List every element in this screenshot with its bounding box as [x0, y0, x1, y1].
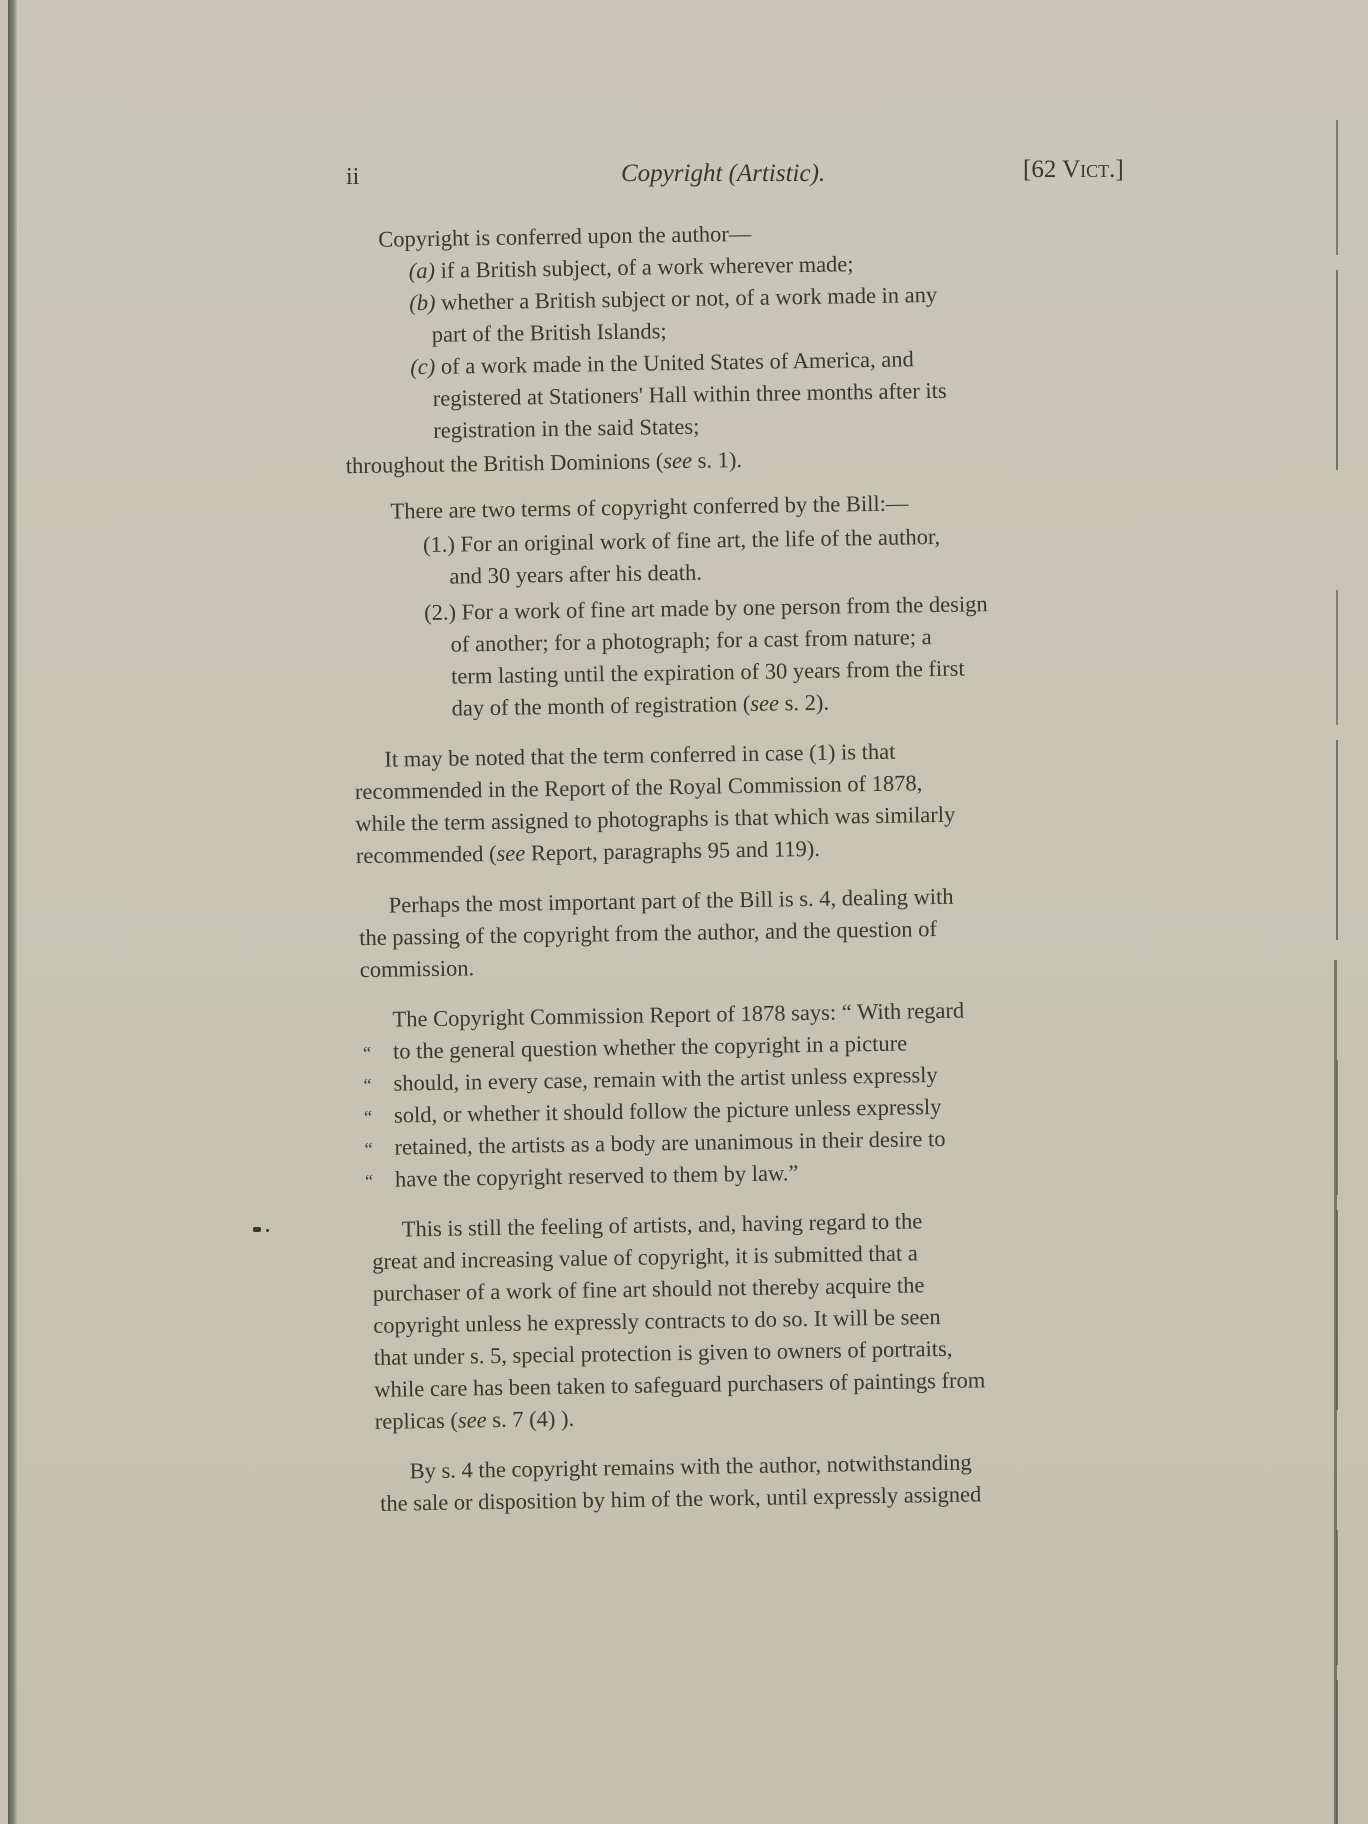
section-conferred: Copyright is conferred upon the author— …: [360, 211, 1164, 482]
quote-mark: “: [365, 1165, 395, 1197]
session-reference: [62 Vict.]: [1023, 156, 1124, 184]
term-item-1: (1.) For an original work of fine art, t…: [365, 517, 1166, 594]
paragraph-feeling: This is still the feeling of artists, an…: [372, 1201, 1179, 1438]
quote-mark: “: [364, 1133, 394, 1165]
paragraph-by-s4: By s. 4 the copyright remains with the a…: [379, 1443, 1180, 1520]
ink-speck: [266, 1229, 269, 1232]
paragraph-report: The Copyright Commission Report of 1878 …: [362, 991, 1175, 1196]
body-text: Copyright is conferred upon the author— …: [360, 211, 1180, 1519]
book-page: ii Copyright (Artistic). [62 Vict.] Copy…: [8, 0, 1368, 1824]
term-item-2: (2.) For a work of fine art made by one …: [366, 585, 1168, 726]
paragraph-important: Perhaps the most important part of the B…: [358, 877, 1171, 986]
page-fold-line-lower: [1334, 960, 1337, 1824]
quote-mark: “: [363, 1037, 393, 1069]
list-item-c: (c) of a work made in the United States …: [362, 339, 1163, 448]
ink-speck: [253, 1227, 261, 1232]
list-label: (a): [409, 258, 436, 283]
section-terms: There are two terms of copyright conferr…: [364, 483, 1168, 726]
quote-mark: “: [363, 1069, 393, 1101]
page-number: ii: [346, 164, 359, 191]
list-label: (c): [410, 354, 435, 379]
quote-mark: “: [364, 1101, 394, 1133]
running-head: ii Copyright (Artistic). [62 Vict.]: [346, 156, 1146, 196]
term-label: (2.): [424, 600, 456, 625]
running-title: Copyright (Artistic).: [621, 160, 825, 188]
term-label: (1.): [423, 532, 455, 557]
paragraph-noted: It may be noted that the term conferred …: [354, 731, 1170, 872]
page-left-edge: [8, 0, 17, 1824]
list-label: (b): [409, 290, 436, 315]
